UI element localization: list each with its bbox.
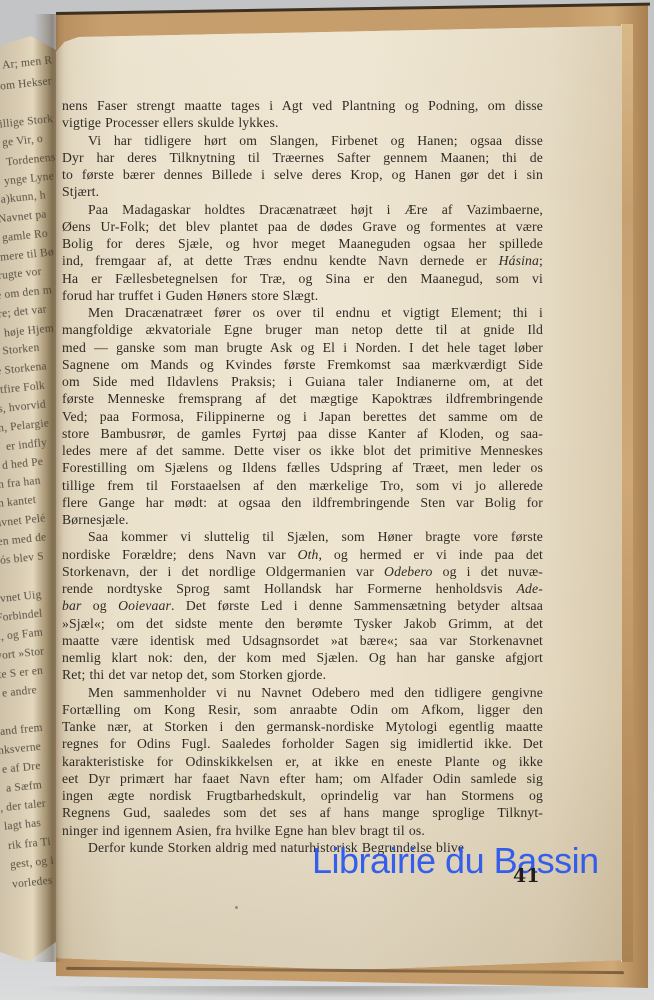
text-line: Storkenavn, der i det nordlige Oldgerman… (62, 563, 543, 580)
gutter-text-fragment: re; det var (0, 303, 47, 320)
gutter-text-fragment: gós blev S (0, 550, 44, 567)
text-line: flere Gange har mødt: at ogsaa den ildfr… (62, 494, 543, 511)
text-line: mangfoldige ækvatoriale Egne bruger man … (62, 321, 543, 338)
gutter-text-fragment: avnet Pelé (0, 512, 46, 529)
text-line: Paa Madagaskar holdtes Dracænatræet højt… (62, 201, 543, 218)
gutter-text-fragment: d hed Pe (1, 456, 43, 472)
gutter-text-fragment: a Sæfm (5, 779, 42, 795)
gutter-text-fragment: Sa)kunn, h (0, 189, 46, 206)
text-line: maatte være identisk med Udsagnsordet »a… (62, 632, 543, 649)
bookseller-watermark: Librairie du Bassin (312, 840, 599, 882)
text-line: to første bærer dennes Billede i selve d… (62, 166, 543, 183)
book-photo: Ar; men Rom Heksertillige Storkge Vir, o… (0, 0, 654, 1000)
gutter-text-fragment: gamle Ro (1, 228, 48, 245)
text-line: karakteristiske for Odinskikkelsen er, a… (62, 753, 543, 770)
text-line: Ret; thi det var netop det, som Storken … (62, 666, 543, 683)
gutter-text-fragment: gest, og i (9, 855, 54, 872)
page-block-right-edge (621, 24, 633, 962)
gutter-text-fragment: vort »Stor (0, 646, 45, 663)
text-line: nens Faser strengt maatte tages i Agt ve… (62, 97, 543, 114)
gutter-text-fragment: s, hvorvid (0, 399, 46, 416)
gutter-text-fragment: a Storken (0, 342, 40, 359)
text-line: Men Dracænatræet fører os over til endnu… (62, 304, 543, 321)
text-line: ingen ægte nordisk Frugtbarhedskult, opr… (62, 787, 543, 804)
gutter-text-fragment: om Hekser (0, 75, 52, 92)
gutter-text-fragment: Tordenens (6, 151, 57, 168)
gutter-text-fragment: er indfly (5, 437, 47, 453)
book-page: nens Faser strengt maatte tages i Agt ve… (56, 22, 622, 970)
text-line: med — ganske som man brugte Ask og El i … (62, 339, 543, 356)
text-line: Børnesjæle. (62, 511, 543, 528)
gutter-text-fragment: te S er en (0, 665, 44, 682)
text-line: tillige frem til Forstaaelsen af den mær… (62, 477, 543, 494)
text-line: Stjært. (62, 183, 543, 200)
text-line: Men sammenholder vi nu Navnet Odebero me… (62, 684, 543, 701)
gutter-text-fragment: rik fra Ti (7, 836, 51, 852)
gutter-text-fragment: ge Vir, o (1, 133, 43, 149)
text-line: vigtige Processer ellers skulde lykkes. (62, 114, 543, 131)
text-line: Regnens Gud, saaledes som det ses af han… (62, 804, 543, 821)
text-line: ninger ind igennem Asien, fra hvilke Egn… (62, 822, 543, 839)
text-line: Forestilling om Sjælens og Ildens fælles… (62, 459, 543, 476)
gutter-text-fragment: lagt has (3, 817, 41, 833)
gutter-text-fragment: Forbindel (0, 608, 43, 625)
text-line: ind, fremgaar af, at dette Træs endnu ke… (62, 252, 543, 269)
text-line: nemlig klart nok: den, der kom med Sjæle… (62, 649, 543, 666)
text-line: Ved; paa Formosa, Filippinerne og i Japa… (62, 408, 543, 425)
text-line: Vi har tidligere hørt om Slangen, Firben… (62, 132, 543, 149)
gutter-text-fragment: e andre (1, 684, 37, 700)
text-line: Tanke nær, at Storken i den germansk-nor… (62, 718, 543, 735)
gutter-text-fragment: rugte vor (0, 266, 42, 282)
gutter-text-fragment: tfire Folk (0, 380, 46, 397)
text-line: nordiske Forældre; dens Navn var Oth, og… (62, 546, 543, 563)
gutter-text-fragment: Ar; men R (2, 54, 53, 71)
gutter-text-fragment: , der taler (0, 798, 46, 815)
text-line: store Bambusrør, de gamles Fyrtøj paa di… (62, 425, 543, 442)
gutter-text-fragment: høje Hjem (4, 322, 55, 339)
gutter-text-fragment: Navnet pa (0, 208, 47, 225)
text-line: Bolig for deres Sjæle, og hvor meget Maa… (62, 235, 543, 252)
text-line: Dyr har deres Tilknytning til Træernes S… (62, 149, 543, 166)
gutter-text-fragment: len med de (0, 531, 47, 548)
gutter-text-fragment: n kantet (0, 494, 37, 510)
text-line: Øens Ur-Folk; det blev plantet paa de dø… (62, 218, 543, 235)
gutter-text-fragment: tillige Stork (0, 113, 54, 131)
gutter-text-fragment: and frem (0, 722, 43, 738)
text-line: regnes for Odins Fugl. Saaledes forholde… (62, 735, 543, 752)
text-line: forud har truffet i Guden Høners store S… (62, 287, 543, 304)
text-line: ledes mere af det samme. Dette viser os … (62, 442, 543, 459)
text-line: rende nordtyske Sprog samt Hollandsk har… (62, 580, 543, 597)
gutter-text-fragment: vnet Uig (0, 589, 42, 605)
gutter-text-fragment: e om den m (0, 284, 52, 302)
text-line: Fortælling om Kong Resir, som anraabte O… (62, 701, 543, 718)
page-number: 41 (513, 865, 539, 887)
text-block: nens Faser strengt maatte tages i Agt ve… (62, 97, 543, 856)
text-line: Saa kommer vi sluttelig til Sjælen, som … (62, 528, 543, 545)
gutter-text-fragment: n fra han (0, 475, 41, 491)
gutter-text-fragment: n, Pelargie (0, 417, 50, 434)
gutter-text-fragment: ynge Lyne (4, 170, 55, 187)
text-line: »Sjæl«; om det sidste mente den berømte … (62, 615, 543, 632)
gutter-text-fragment: e Storkena (0, 360, 47, 377)
gutter-text-fragment: nksverne (0, 741, 42, 757)
text-line: Sagnene om Mands og Kvindes første Fremk… (62, 356, 543, 373)
gutter-text-fragment: mere til Bø (0, 246, 54, 264)
text-line: første Menneske fremsprang af det mægtig… (62, 390, 543, 407)
paper-speck (235, 906, 238, 909)
book-shadow (30, 986, 630, 998)
gutter-text-fragment: ll, og Fam (0, 626, 43, 643)
text-line: om Side med Ildavlens Praksis; i Guiana … (62, 373, 543, 390)
text-line: bar og Ooievaar. Det første Led i denne … (62, 597, 543, 614)
text-line: Ha er Fællesbetegnelsen for Træ, og Sina… (62, 270, 543, 287)
gutter-fragments: Ar; men Rom Heksertillige Storkge Vir, o… (0, 0, 60, 1000)
text-line: eet Dyr primært har faaet Navn efter ham… (62, 770, 543, 787)
gutter-text-fragment: e af Dre (1, 760, 41, 776)
